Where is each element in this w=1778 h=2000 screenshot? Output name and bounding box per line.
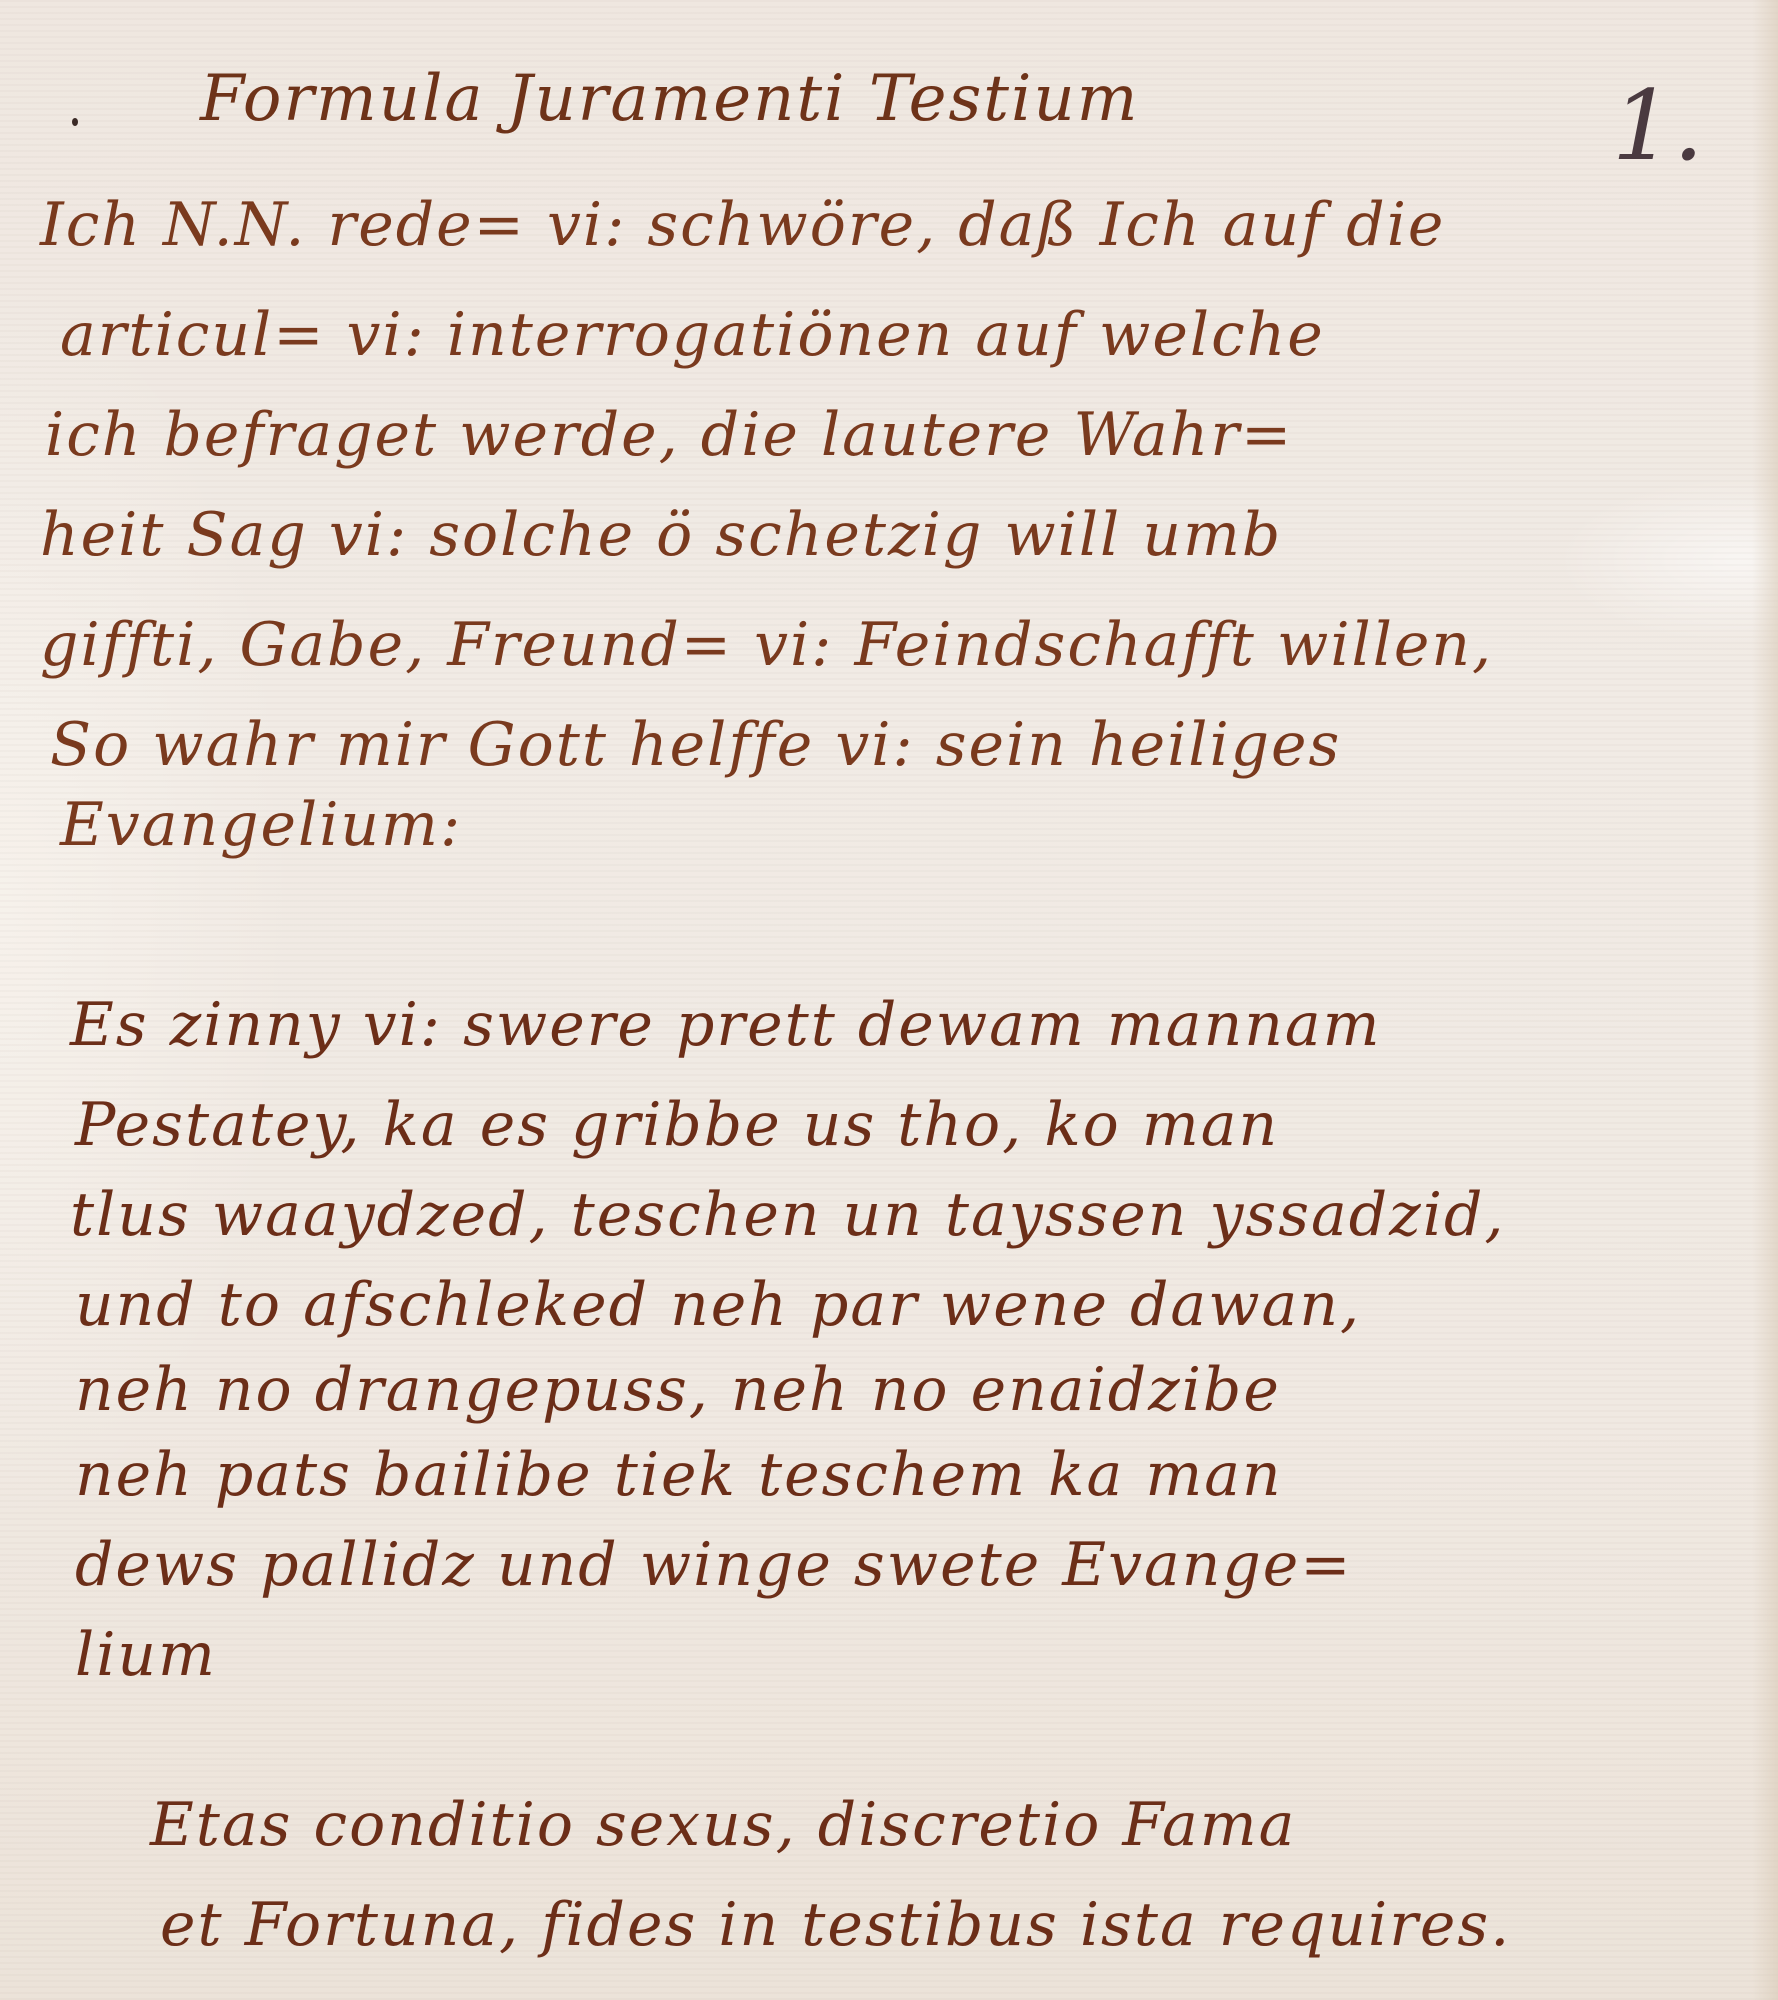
- text-line: Es zinny vi: swere prett dewam mannam: [70, 990, 1382, 1060]
- text-line: tlus waaydzed, teschen un tayssen yssadz…: [70, 1180, 1505, 1250]
- text-line: und to afschleked neh par wene dawan,: [75, 1270, 1361, 1340]
- text-line: lium: [75, 1620, 217, 1690]
- text-line: dews pallidz und winge swete Evange=: [75, 1530, 1353, 1600]
- text-line: ich befraget werde, die lautere Wahr=: [45, 400, 1293, 470]
- text-line: Evangelium:: [60, 790, 462, 860]
- manuscript-page: Formula Juramenti Testium 1. Ich N.N. re…: [0, 0, 1778, 2000]
- text-line: So wahr mir Gott helffe vi: sein heilige…: [50, 710, 1341, 780]
- text-line: giffti, Gabe, Freund= vi: Feindschafft w…: [40, 610, 1493, 680]
- text-line: heit Sag vi: solche ö schetzig will umb: [40, 500, 1282, 570]
- folio-number: 1.: [1612, 70, 1704, 182]
- text-line: articul= vi: interrogatiönen auf welche: [60, 300, 1325, 370]
- text-line: Ich N.N. rede= vi: schwöre, daß Ich auf …: [40, 190, 1445, 260]
- text-line: Etas conditio sexus, discretio Fama: [150, 1790, 1296, 1860]
- text-line: neh pats bailibe tiek teschem ka man: [75, 1440, 1283, 1510]
- text-line: neh no drangepuss, neh no enaidzibe: [75, 1355, 1281, 1425]
- page-title: Formula Juramenti Testium: [200, 62, 1139, 136]
- text-line: et Fortuna, fides in testibus ista requi…: [160, 1890, 1511, 1960]
- text-line: Pestatey, ka es gribbe us tho, ko man: [75, 1090, 1279, 1160]
- ink-speck: [72, 118, 78, 126]
